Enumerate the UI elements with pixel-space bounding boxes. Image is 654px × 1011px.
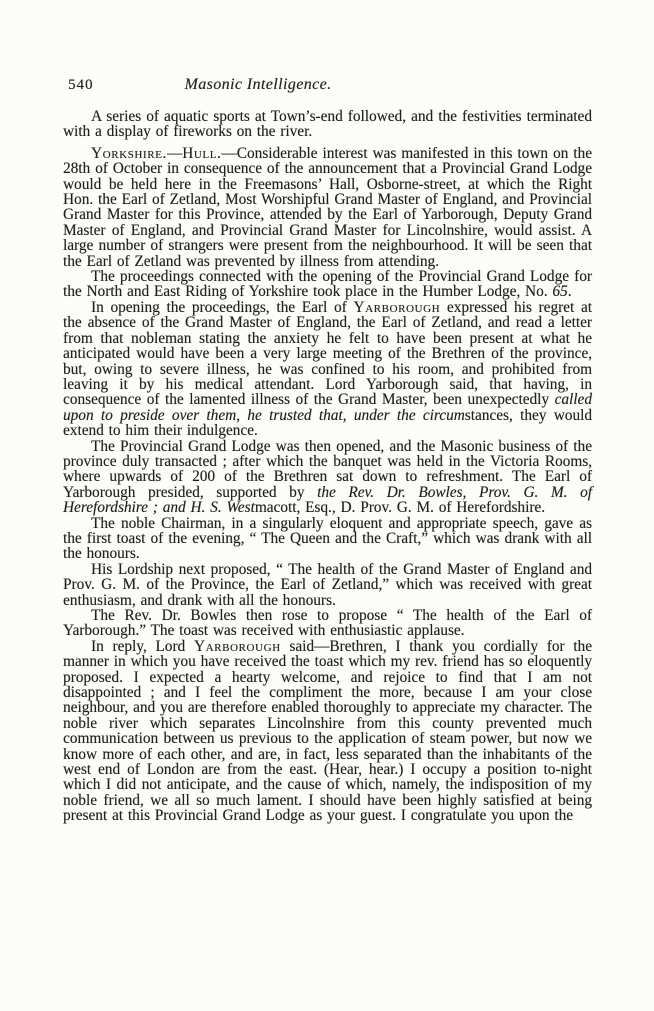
paragraph: In opening the proceedings, the Earl of …	[63, 300, 592, 439]
text-run: expressed his regret at the absence of t…	[63, 299, 592, 408]
running-title: Masonic Intelligence.	[184, 76, 331, 94]
paragraph: A series of aquatic sports at Town’s-end…	[63, 109, 592, 140]
paragraph: The Rev. Dr. Bowles then rose to propose…	[63, 608, 592, 639]
text-run: The Rev. Dr. Bowles then rose to propose…	[63, 607, 592, 639]
text-run: —Considerable interest was manifested in…	[63, 145, 592, 270]
paragraph: The Provincial Grand Lodge was then open…	[63, 439, 592, 516]
paragraph: The noble Chairman, in a singularly eloq…	[63, 516, 592, 562]
paragraph: The proceedings connected with the openi…	[63, 269, 592, 300]
page-body: A series of aquatic sports at Town’s-end…	[63, 109, 592, 824]
page-number: 540	[68, 77, 94, 94]
text-run: The proceedings connected with the openi…	[63, 268, 592, 300]
paragraph: Yorkshire.—Hull.—Considerable interest w…	[63, 146, 592, 269]
paragraph: In reply, Lord Yarborough said—Brethren,…	[63, 639, 592, 824]
text-run: A series of aquatic sports at Town’s-end…	[63, 108, 592, 140]
scanned-page: 540 Masonic Intelligence. A series of aq…	[0, 0, 654, 1011]
text-run: said—Brethren, I thank you cordially for…	[63, 638, 592, 824]
paragraph: His Lordship next proposed, “ The health…	[63, 562, 592, 608]
text-run: The noble Chairman, in a singularly eloq…	[63, 515, 592, 563]
text-run: His Lordship next proposed, “ The health…	[63, 561, 592, 609]
